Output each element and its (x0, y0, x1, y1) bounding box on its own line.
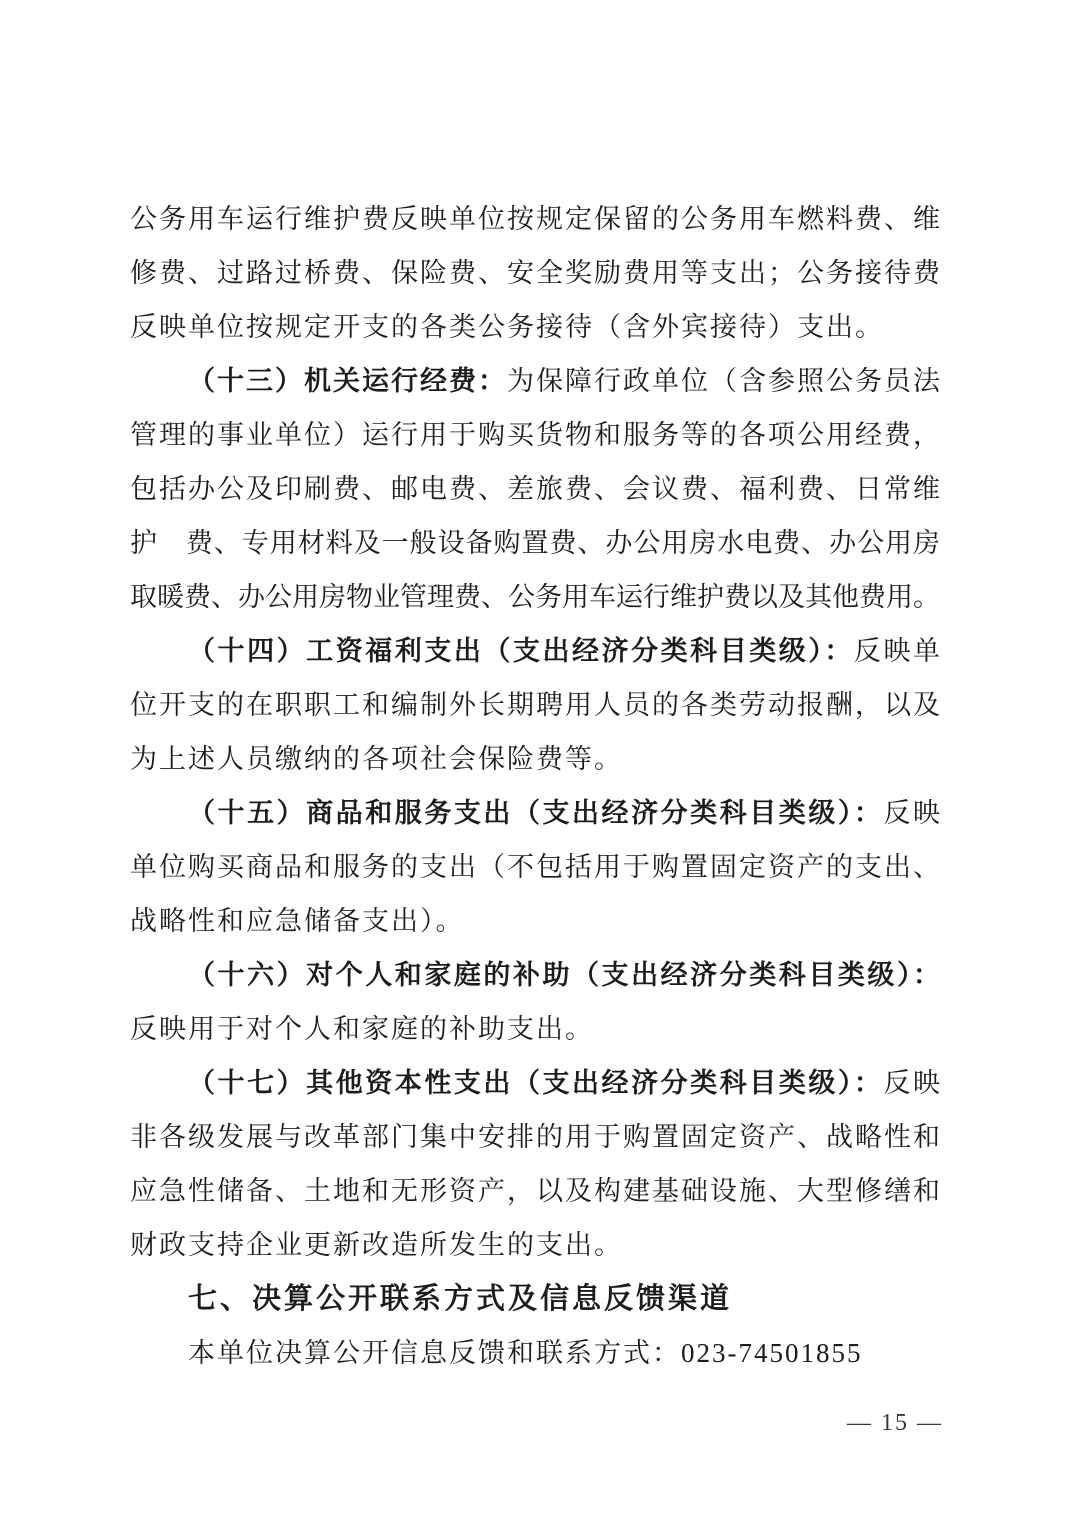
text-run-bold: 七、决算公开联系方式及信息反馈渠道 (188, 1283, 732, 1315)
text-run: 管理的事业单位）运行用于购买货物和服务等的各项公用经费， (130, 420, 940, 450)
text-run-bold: （十四）工资福利支出（支出经济分类科目类级）： (188, 636, 854, 666)
text-line: （十五）商品和服务支出（支出经济分类科目类级）：反映 (130, 786, 940, 840)
text-line: 包括办公及印刷费、邮电费、差旅费、会议费、福利费、日常维 (130, 462, 940, 516)
text-line: 反映用于对个人和家庭的补助支出。 (130, 1002, 940, 1056)
text-line: 位开支的在职职工和编制外长期聘用人员的各类劳动报酬，以及 (130, 678, 940, 732)
text-line: （十六）对个人和家庭的补助（支出经济分类科目类级）： (130, 948, 940, 1002)
text-line: 护 费、专用材料及一般设备购置费、办公用房水电费、办公用房 (130, 516, 940, 570)
text-run: 反映用于对个人和家庭的补助支出。 (130, 1014, 594, 1044)
text-run: 反映单 (854, 636, 940, 666)
text-line: 公务用车运行维护费反映单位按规定保留的公务用车燃料费、维 (130, 192, 940, 246)
text-run: 包括办公及印刷费、邮电费、差旅费、会议费、福利费、日常维 (130, 474, 940, 504)
text-line: 反映单位按规定开支的各类公务接待（含外宾接待）支出。 (130, 300, 940, 354)
text-line: （十三）机关运行经费：为保障行政单位（含参照公务员法 (130, 354, 940, 408)
text-run: 反映单位按规定开支的各类公务接待（含外宾接待）支出。 (130, 312, 884, 342)
text-line: 非各级发展与改革部门集中安排的用于购置固定资产、战略性和 (130, 1110, 940, 1164)
text-run: 修费、过路过桥费、保险费、安全奖励费用等支出；公务接待费 (130, 258, 940, 288)
text-line: 管理的事业单位）运行用于购买货物和服务等的各项公用经费， (130, 408, 940, 462)
text-run: 公务用车运行维护费反映单位按规定保留的公务用车燃料费、维 (130, 204, 940, 234)
document-page: 公务用车运行维护费反映单位按规定保留的公务用车燃料费、维修费、过路过桥费、保险费… (0, 0, 1074, 1520)
text-run: 护 费、专用材料及一般设备购置费、办公用房水电费、办公用房 (130, 528, 940, 558)
text-line: 财政支持企业更新改造所发生的支出。 (130, 1218, 940, 1272)
text-run: 反映 (883, 798, 940, 828)
text-line: 取暖费、办公用房物业管理费、公务用车运行维护费以及其他费用。 (130, 570, 940, 624)
text-run: 本单位决算公开信息反馈和联系方式：023-74501855 (188, 1338, 863, 1368)
text-line: 为上述人员缴纳的各项社会保险费等。 (130, 732, 940, 786)
text-line: 单位购买商品和服务的支出（不包括用于购置固定资产的支出、 (130, 840, 940, 894)
text-run-bold: （十五）商品和服务支出（支出经济分类科目类级）： (188, 798, 883, 828)
text-run: 位开支的在职职工和编制外长期聘用人员的各类劳动报酬，以及 (130, 690, 940, 720)
text-line: 修费、过路过桥费、保险费、安全奖励费用等支出；公务接待费 (130, 246, 940, 300)
text-run-bold: （十七）其他资本性支出（支出经济分类科目类级）： (188, 1068, 883, 1098)
text-line: 战略性和应急储备支出）。 (130, 894, 940, 948)
page-number: — 15 — (847, 1405, 943, 1441)
text-run: 应急性储备、土地和无形资产，以及构建基础设施、大型修缮和 (130, 1176, 940, 1206)
text-run-bold: （十六）对个人和家庭的补助（支出经济分类科目类级）： (188, 960, 940, 990)
text-line: （十七）其他资本性支出（支出经济分类科目类级）：反映 (130, 1056, 940, 1110)
text-run: 取暖费、办公用房物业管理费、公务用车运行维护费以及其他费用。 (130, 582, 940, 612)
text-run: 战略性和应急储备支出）。 (130, 906, 465, 936)
text-run: 反映 (883, 1068, 940, 1098)
text-run: 为上述人员缴纳的各项社会保险费等。 (130, 744, 623, 774)
text-run: 财政支持企业更新改造所发生的支出。 (130, 1230, 623, 1260)
text-line: 本单位决算公开信息反馈和联系方式：023-74501855 (130, 1326, 940, 1380)
text-run: 为保障行政单位（含参照公务员法 (507, 366, 940, 396)
text-run: 单位购买商品和服务的支出（不包括用于购置固定资产的支出、 (130, 852, 940, 882)
section-heading: 七、决算公开联系方式及信息反馈渠道 (130, 1272, 940, 1326)
text-run-bold: （十三）机关运行经费： (188, 366, 507, 396)
text-line: 应急性储备、土地和无形资产，以及构建基础设施、大型修缮和 (130, 1164, 940, 1218)
document-body: 公务用车运行维护费反映单位按规定保留的公务用车燃料费、维修费、过路过桥费、保险费… (130, 192, 940, 1380)
text-line: （十四）工资福利支出（支出经济分类科目类级）：反映单 (130, 624, 940, 678)
text-run: 非各级发展与改革部门集中安排的用于购置固定资产、战略性和 (130, 1122, 940, 1152)
